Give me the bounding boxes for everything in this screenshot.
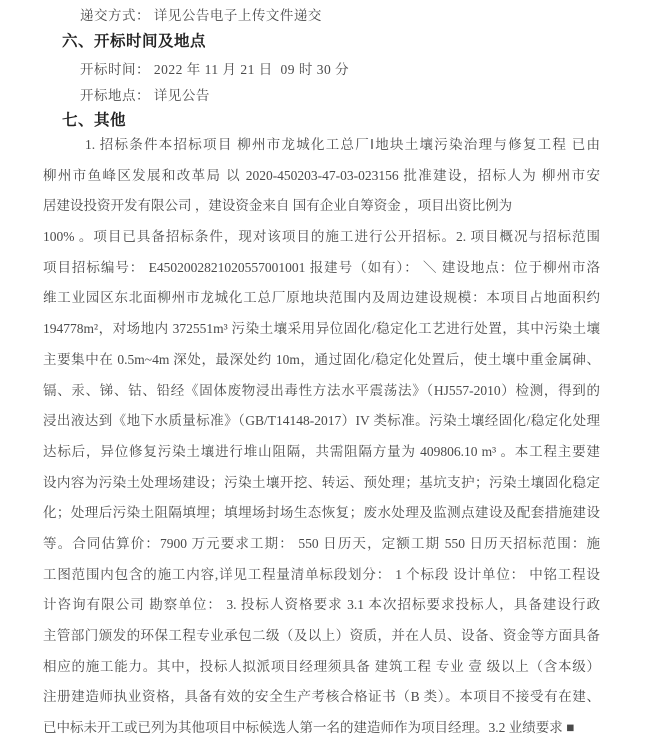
body-text-line: 项目招标编号： E4502002821020557001001 报建号（如有）：… <box>43 253 600 284</box>
submission-method-line: 递交方式： 详见公告电子上传文件递交 <box>80 6 322 26</box>
body-text-line: 居建设投资开发有限公司 ，建设资金来自 国有企业自筹资金 ，项目出资比例为 <box>43 191 600 222</box>
body-text-line: 等。合同估算价：7900 万元要求工期： 550 日历天，定额工期 550 日历… <box>43 529 600 560</box>
document-page: 递交方式： 详见公告电子上传文件递交 六、开标时间及地点 开标时间： 2022 … <box>0 0 649 752</box>
body-text-line: 主要集中在 0.5m~4m 深处，最深处约 10m，通过固化/稳定化处置后，使土… <box>43 345 600 376</box>
bid-opening-time-line: 开标时间： 2022 年 11 月 21 日 09 时 30 分 <box>80 60 349 80</box>
body-text-line: 相应的施工能力。其中，投标人拟派项目经理须具备 建筑工程 专业 壹 级以上（含本… <box>43 652 600 683</box>
body-text-line: 镉、汞、锑、钴、铅经《固体废物浸出毒性方法水平震荡法》（HJ557-2010）检… <box>43 376 600 407</box>
body-text-line: 1. 招标条件本招标项目 柳州市龙城化工总厂Ⅰ地块土壤污染治理与修复工程 已由 <box>43 130 600 161</box>
body-text-line: 工图范围内包含的施工内容,详见工程量清单标段划分： 1 个标段 设计单位： 中铭… <box>43 560 600 591</box>
section-7-body: 1. 招标条件本招标项目 柳州市龙城化工总厂Ⅰ地块土壤污染治理与修复工程 已由柳… <box>43 130 600 744</box>
body-text-line: 注册建造师执业资格，具备有效的安全生产考核合格证书（B 类）。本项目不接受有在建… <box>43 682 600 713</box>
body-text-line: 化；处理后污染土阻隔填埋；填埋场封场生态恢复；废水处理及监测点建设及配套措施建设 <box>43 498 600 529</box>
body-text-line: 已中标未开工或已列为其他项目中标候选人第一名的建造师作为项目经理。3.2 业绩要… <box>43 713 600 744</box>
body-text-line: 浸出液达到《地下水质量标准》（GB/T14148-2017）IV 类标准。污染土… <box>43 406 600 437</box>
section-6-heading: 六、开标时间及地点 <box>62 31 206 53</box>
body-text-line: 194778m²，对场地内 372551m³ 污染土壤采用异位固化/稳定化工艺进… <box>43 314 600 345</box>
body-text-line: 计咨询有限公司 勘察单位： 3. 投标人资格要求 3.1 本次招标要求投标人，具… <box>43 590 600 621</box>
body-text-line: 维工业园区东北面柳州市龙城化工总厂原地块范围内及周边建设规模：本项目占地面积约 <box>43 283 600 314</box>
body-text-line: 达标后，异位修复污染土壤进行堆山阻隔，共需阻隔方量为 409806.10 m³ … <box>43 437 600 468</box>
body-text-line: 设内容为污染土处理场建设；污染土壤开挖、转运、预处理；基坑支护；污染土壤固化稳定 <box>43 468 600 499</box>
body-text-line: 柳州市鱼峰区发展和改革局 以 2020-450203-47-03-023156 … <box>43 161 600 192</box>
body-text-line: 主管部门颁发的环保工程专业承包二级（及以上）资质，并在人员、设备、资金等方面具备 <box>43 621 600 652</box>
section-7-heading: 七、其他 <box>62 110 126 132</box>
bid-opening-place-line: 开标地点： 详见公告 <box>80 86 210 106</box>
body-text-line: 100% 。项目已具备招标条件，现对该项目的施工进行公开招标。2. 项目概况与招… <box>43 222 600 253</box>
